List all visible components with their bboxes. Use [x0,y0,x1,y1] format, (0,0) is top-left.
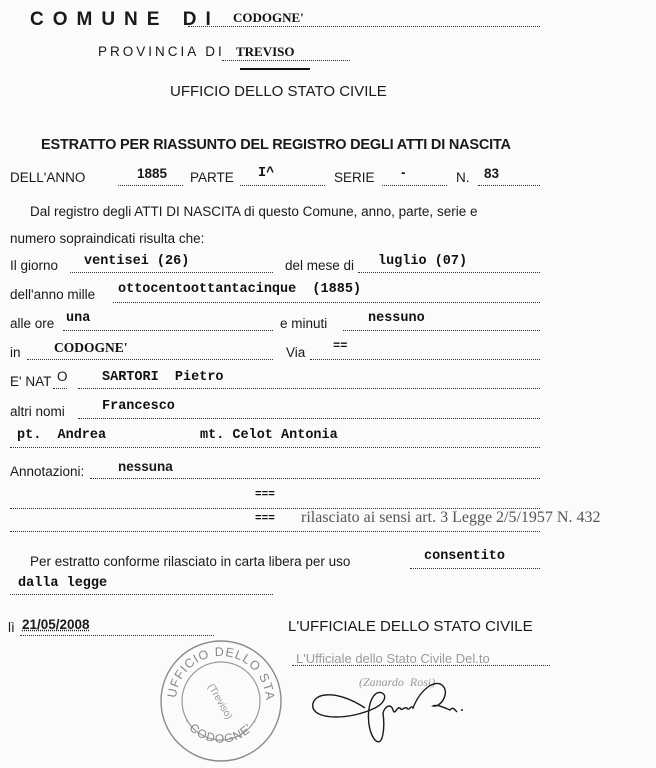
nato-suffix: O [57,369,68,384]
altri-nomi-line [78,418,540,419]
ufficio-title: UFFICIO DELLO STATO CIVILE [170,83,387,100]
comune-value: CODOGNE' [233,10,304,26]
madre-value: mt. Celot Antonia [200,428,338,443]
mese-label: del mese di [285,258,354,273]
comune-label: COMUNE DI [30,9,220,31]
parte-value: I^ [258,166,274,181]
anno-mille-line [113,302,540,303]
in-value: CODOGNE' [54,340,128,356]
header-rule [240,68,310,70]
mese-line [358,272,540,273]
nato-line [78,388,540,389]
altri-nomi-value: Francesco [102,399,175,414]
anno-mille-value: ottocentoottantacinque (1885) [118,282,361,297]
annotazioni-line3 [10,531,540,532]
annotazioni-line [90,478,540,479]
altri-nomi-label: altri nomi [10,404,65,419]
intro-line2: numero sopraindicati risulta che: [10,231,204,246]
legal-reference-stamp: rilasciato ai sensi art. 3 Legge 2/5/195… [301,509,600,527]
nato-suffix-line [53,388,67,389]
date-line [20,635,214,636]
uso-line [410,568,540,569]
annotazioni-line3-value: === [255,513,275,525]
annotazioni-line2-value: === [255,489,275,501]
giorno-line [70,272,273,273]
annotazioni-value: nessuna [118,459,173,474]
serie-value: - [401,165,406,180]
parte-line [240,185,325,186]
in-line [27,359,273,360]
anno-mille-label: dell'anno mille [10,287,95,302]
numero-value: 83 [484,166,499,181]
signature-icon [305,668,475,748]
ore-line [63,330,273,331]
svg-text:· CODOGNE' ·: · CODOGNE' · [181,715,262,746]
via-line [310,359,540,360]
seal-bottom-text: · CODOGNE' · [181,715,262,746]
document-title: ESTRATTO PER RIASSUNTO DEL REGISTRO DEGL… [41,137,511,153]
seal-center-text: (Treviso) [205,682,234,721]
closing-text: Per estratto conforme rilasciato in cart… [30,554,350,569]
uso-line2 [10,594,273,595]
parents-line [10,447,540,448]
uso-value2: dalla legge [18,576,107,591]
official-seal-icon: UFFICIO DELLO STATO CIVILE · CODOGNE' · … [158,638,284,764]
provincia-value: TREVISO [236,44,295,60]
provincia-line [222,60,350,61]
anno-line [118,185,183,186]
comune-line [188,26,540,27]
ore-label: alle ore [10,316,54,331]
nato-value: SARTORI Pietro [102,370,224,385]
delegate-stamp: L'Ufficiale dello Stato Civile Del.to [296,651,490,666]
via-value: == [333,339,347,353]
li-label: lì [8,620,15,635]
anno-label: DELL'ANNO [10,170,85,185]
uso-value: consentito [424,549,505,564]
anno-value: 1885 [137,166,167,181]
padre-value: pt. Andrea [17,428,106,443]
giorno-value: ventisei (26) [84,254,189,269]
minuti-label: e minuti [280,316,327,331]
intro-line1: Dal registro degli ATTI DI NASCITA di qu… [30,204,477,219]
provincia-label: PROVINCIA DI [98,44,225,59]
date-value: 21/05/2008 [22,617,90,632]
parte-label: PARTE [190,170,234,185]
giorno-label: Il giorno [10,258,58,273]
ore-value: una [66,311,90,326]
via-label: Via [286,345,305,360]
numero-line [478,185,540,186]
in-label: in [10,345,21,360]
serie-label: SERIE [334,170,375,185]
mese-value: luglio (07) [378,254,467,269]
annotazioni-label: Annotazioni: [10,464,84,479]
nato-label: E' NAT [10,374,51,389]
numero-label: N. [456,170,470,185]
official-title: L'UFFICIALE DELLO STATO CIVILE [288,618,533,635]
minuti-line [343,330,540,331]
serie-line [382,185,447,186]
minuti-value: nessuno [368,311,425,326]
